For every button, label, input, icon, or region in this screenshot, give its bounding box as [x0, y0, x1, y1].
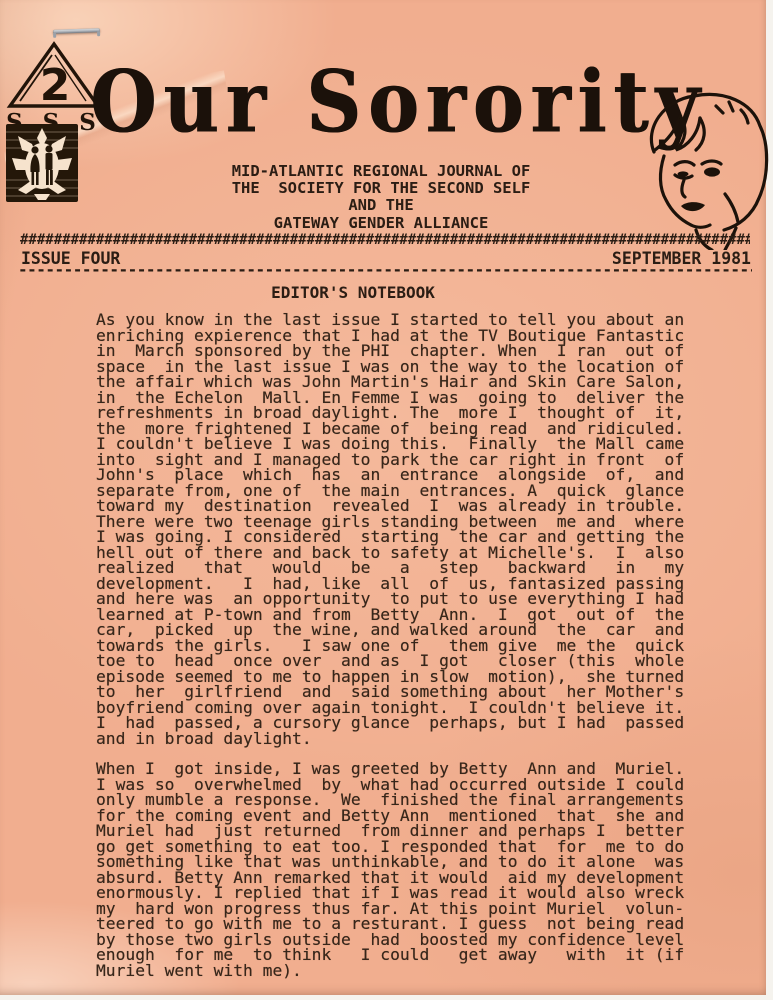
- article-paragraph-2: When I got inside, I was greeted by Bett…: [96, 761, 696, 978]
- article-heading: EDITOR'S NOTEBOOK: [0, 283, 706, 302]
- couple-woodcut-emblem: [6, 124, 78, 202]
- woman-face-illustration: [628, 88, 770, 250]
- newsletter-page: 2 S S S: [0, 0, 766, 995]
- staple: [53, 28, 100, 34]
- newsletter-subtitle: MID-ATLANTIC REGIONAL JOURNAL OF THE SOC…: [150, 163, 612, 232]
- hash-divider: ########################################…: [20, 233, 750, 248]
- dash-divider: ----------------------------------------…: [18, 262, 752, 278]
- article-paragraph-1: As you know in the last issue I started …: [96, 312, 696, 746]
- article-body: As you know in the last issue I started …: [96, 312, 696, 978]
- tri-ess-number: 2: [40, 60, 71, 111]
- tri-ess-triangle-logo: 2 S S S: [6, 40, 102, 134]
- newsletter-title: Our Sorority: [90, 60, 690, 145]
